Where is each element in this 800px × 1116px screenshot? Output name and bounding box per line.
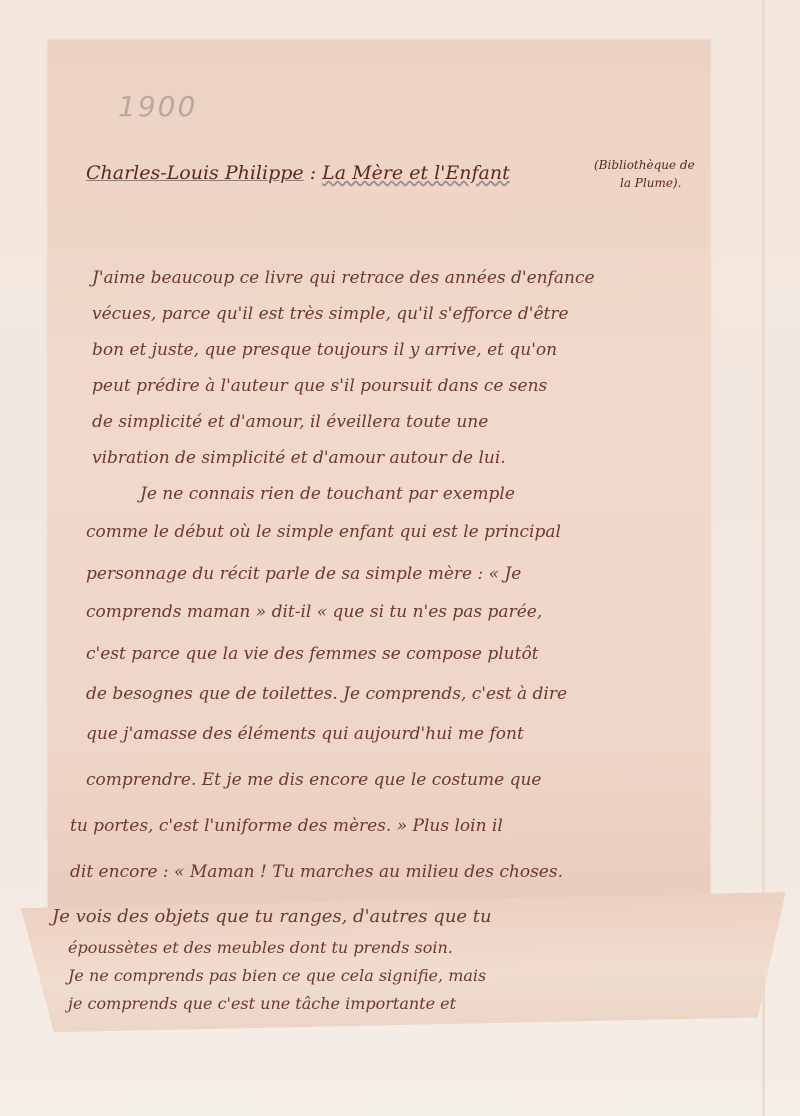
text-line: dit encore : « Maman ! Tu marches au mil… [70,862,563,882]
text-line: époussètes et des meubles dont tu prends… [68,938,453,957]
text-line: que j'amasse des éléments qui aujourd'hu… [86,724,524,744]
publisher-line-1: (Bibliothèque de [594,156,695,174]
text-line: vécues, parce qu'il est très simple, qu'… [92,304,569,324]
text-line: Je ne connais rien de touchant par exemp… [140,484,515,504]
heading-separator: : [304,162,322,184]
pencil-date-annotation: 1900 [118,90,197,123]
text-line: bon et juste, que presque toujours il y … [92,340,557,360]
text-line: Je ne comprends pas bien ce que cela sig… [68,966,486,985]
publisher-note: (Bibliothèque de la Plume). [594,156,695,192]
book-title: La Mère et l'Enfant [322,162,510,184]
text-line: de simplicité et d'amour, il éveillera t… [92,412,488,432]
publisher-line-2: la Plume). [594,174,695,192]
heading: Charles-Louis Philippe : La Mère et l'En… [86,162,510,184]
text-line: tu portes, c'est l'uniforme des mères. »… [70,816,503,836]
text-line: peut prédire à l'auteur que s'il poursui… [92,376,547,396]
text-line: comme le début où le simple enfant qui e… [86,522,561,542]
text-line: c'est parce que la vie des femmes se com… [86,644,539,664]
text-line: J'aime beaucoup ce livre qui retrace des… [92,268,595,288]
text-line: comprendre. Et je me dis encore que le c… [86,770,541,790]
text-line: vibration de simplicité et d'amour autou… [92,448,506,468]
text-line: comprends maman » dit-il « que si tu n'e… [86,602,542,622]
text-line: de besognes que de toilettes. Je compren… [86,684,567,704]
author-name: Charles-Louis Philippe [86,162,304,184]
text-line: personnage du récit parle de sa simple m… [86,564,521,584]
text-line: Je vois des objets que tu ranges, d'autr… [52,906,492,927]
text-line: je comprends que c'est une tâche importa… [68,994,456,1013]
